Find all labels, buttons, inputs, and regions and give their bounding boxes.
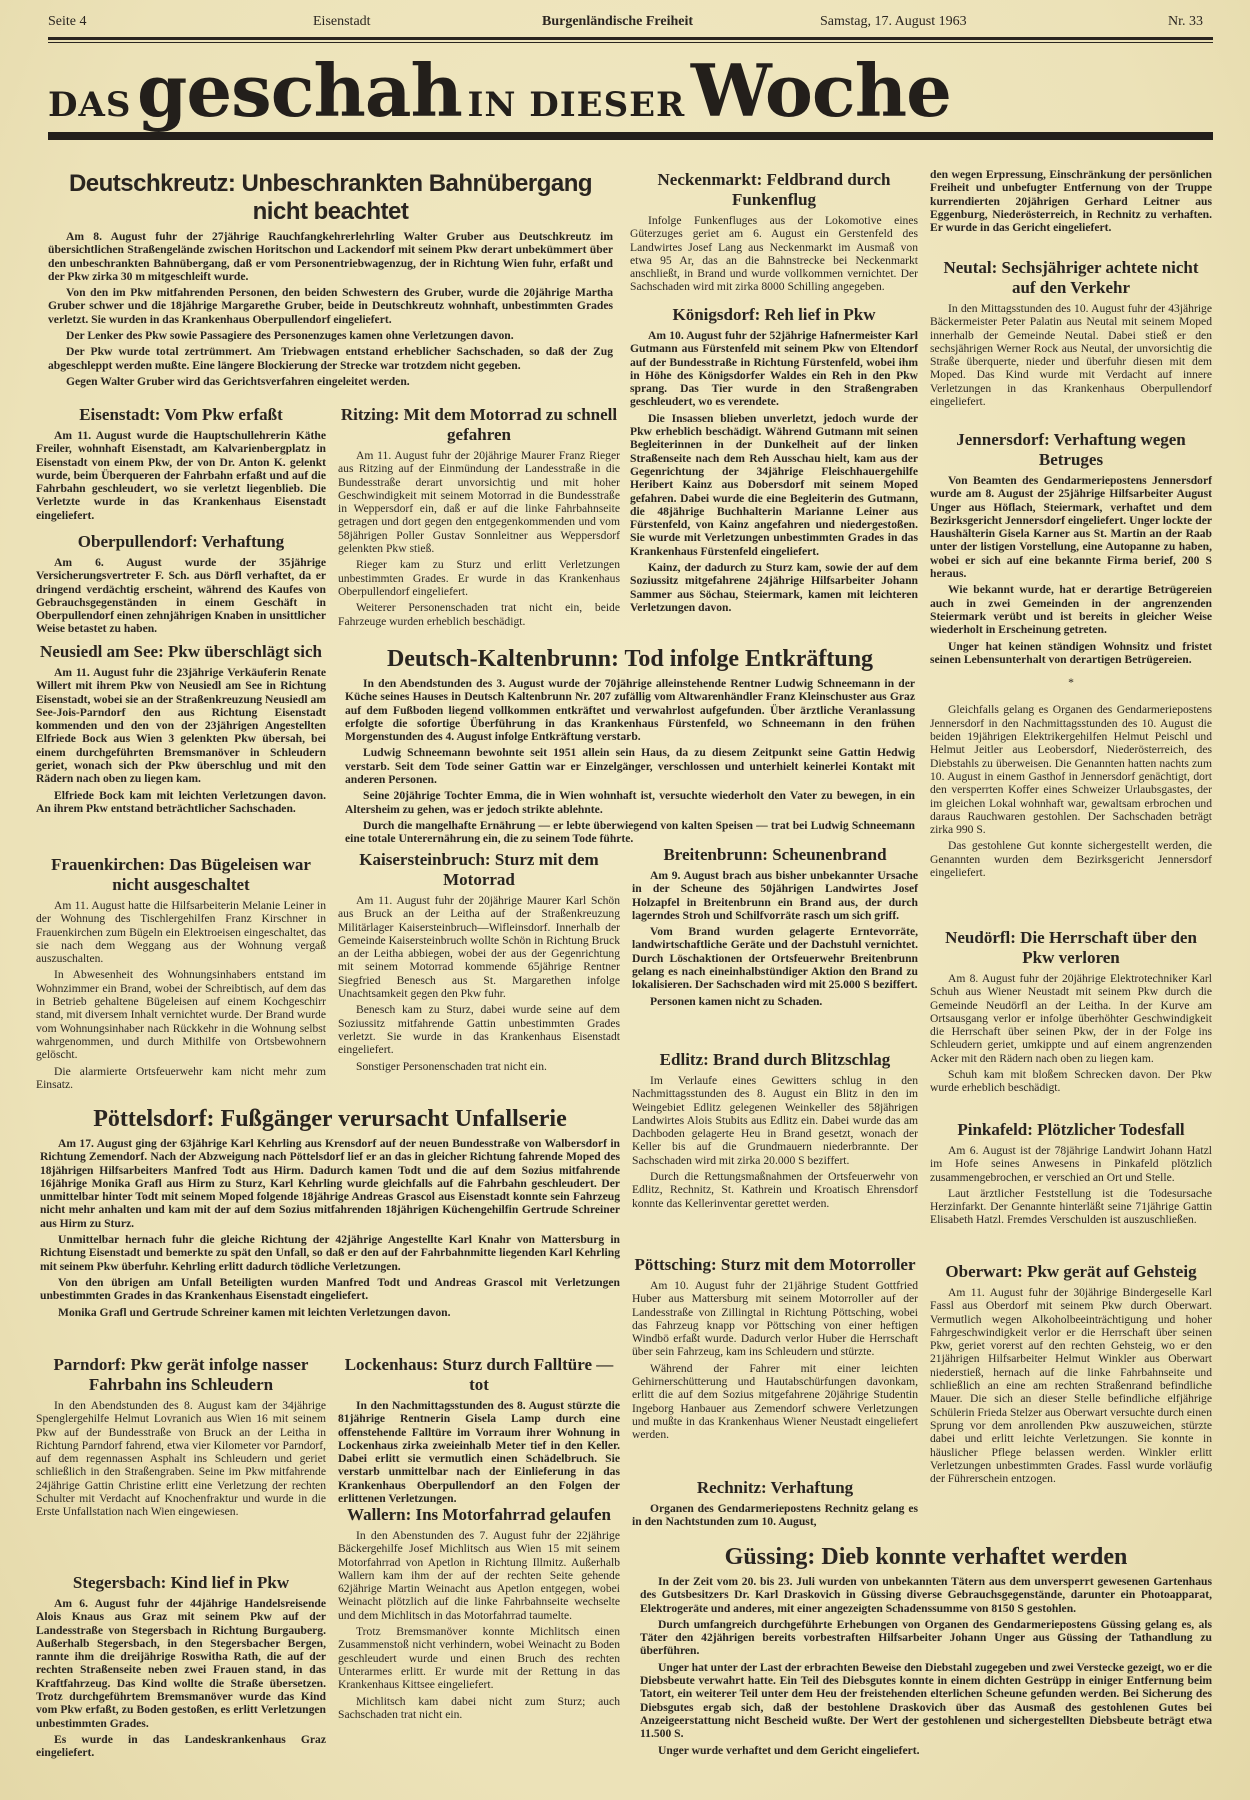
article-neudoerfl: Neudörfl: Die Herrschaft über den Pkw ve…	[930, 928, 1212, 1098]
article-paragraph: Unger hat keinen ständigen Wohnsitz und …	[930, 640, 1212, 667]
article-paragraph: In Abwesenheit des Wohnungsinhabers ents…	[36, 968, 326, 1061]
article-paragraph: Die Insassen blieben unverletzt, jedoch …	[630, 412, 918, 558]
article-wallern: Wallern: Ins Motorfahrrad gelaufen In de…	[338, 1505, 620, 1724]
article-paragraph: Gegen Walter Gruber wird das Gerichtsver…	[48, 375, 613, 388]
article-paragraph: Am 17. August ging der 63jährige Karl Ke…	[40, 1137, 620, 1230]
article-paragraph: Im Verlaufe eines Gewitters schlug in de…	[632, 1074, 918, 1167]
newspaper-name: Burgenländische Freiheit	[542, 14, 693, 30]
article-paragraph: Am 11. August fuhr die 23jährige Verkäuf…	[36, 666, 326, 786]
article-paragraph: Am 6. August fuhr der 44jährige Handelsr…	[36, 1597, 326, 1730]
article-paragraph: Seine 20jährige Tochter Emma, die in Wie…	[345, 789, 915, 816]
article-poettelsdorf: Pöttelsdorf: Fußgänger verursacht Unfall…	[40, 1105, 620, 1322]
article-neckenmarkt: Neckenmarkt: Feldbrand durch Funkenflug …	[630, 170, 918, 297]
masthead-rule	[48, 132, 1213, 140]
article-title: Frauenkirchen: Das Bügeleisen war nicht …	[36, 855, 326, 895]
article-lockenhaus: Lockenhaus: Sturz durch Falltüre — tot I…	[338, 1355, 620, 1508]
article-paragraph: Personen kamen nicht zu Schaden.	[632, 995, 918, 1008]
article-paragraph: Am 10. August fuhr der 52jährige Hafnerm…	[630, 329, 918, 409]
article-paragraph: Am 11. August fuhr der 20jährige Maurer …	[338, 894, 620, 1000]
article-paragraph: In den Abendstunden des 3. August wurde …	[345, 677, 915, 743]
article-paragraph: Am 11. August wurde die Hauptschullehrer…	[36, 429, 326, 522]
article-title: Pöttsching: Sturz mit dem Motorroller	[632, 1255, 918, 1275]
article-edlitz: Edlitz: Brand durch Blitzschlag Im Verla…	[632, 1050, 918, 1213]
article-paragraph: In den Mittagsstunden des 10. August fuh…	[930, 302, 1212, 408]
masthead-word: Woche	[691, 48, 951, 133]
masthead-word: IN DIESER	[467, 85, 685, 125]
masthead-word: geschah	[137, 48, 462, 133]
article-paragraph: Schuh kam mit bloßem Schrecken davon. De…	[930, 1068, 1212, 1095]
article-title: Ritzing: Mit dem Motorrad zu schnell gef…	[338, 405, 620, 445]
article-paragraph: Unger wurde verhaftet und dem Gericht ei…	[640, 1744, 1212, 1757]
article-paragraph: Weiterer Personenschaden trat nicht ein,…	[338, 601, 620, 628]
article-paragraph: Laut ärztlicher Feststellung ist die Tod…	[930, 1187, 1212, 1227]
article-paragraph: Vom Brand wurden gelagerte Erntevorräte,…	[632, 925, 918, 991]
article-oberwart: Oberwart: Pkw gerät auf Gehsteig Am 11. …	[930, 1262, 1212, 1488]
article-paragraph: Kainz, der dadurch zu Sturz kam, sowie d…	[630, 561, 918, 614]
article-paragraph: Am 11. August hatte die Hilfsarbeiterin …	[36, 899, 326, 965]
article-neutal: Neutal: Sechsjähriger achtete nicht auf …	[930, 258, 1212, 411]
article-oberpullendorf: Oberpullendorf: Verhaftung Am 6. August …	[36, 532, 326, 639]
article-paragraph: Am 11. August fuhr der 30jährige Binderg…	[930, 1286, 1212, 1485]
article-title: Eisenstadt: Vom Pkw erfaßt	[36, 405, 326, 425]
article-paragraph: Das gestohlene Gut konnte sichergestellt…	[930, 839, 1212, 879]
article-deutsch-kaltenbrunn: Deutsch-Kaltenbrunn: Tod infolge Entkräf…	[345, 645, 915, 849]
article-paragraph: Unger hat unter der Last der erbrachten …	[640, 1661, 1212, 1741]
article-title: Rechnitz: Verhaftung	[632, 1478, 918, 1498]
article-neusiedl: Neusiedl am See: Pkw überschlägt sich Am…	[36, 642, 326, 818]
article-koenigsdorf: Königsdorf: Reh lief in Pkw Am 10. Augus…	[630, 305, 918, 617]
article-title: Oberwart: Pkw gerät auf Gehsteig	[930, 1262, 1212, 1282]
article-title: Neutal: Sechsjähriger achtete nicht auf …	[930, 258, 1212, 298]
article-paragraph: Trotz Bremsmanöver konnte Michlitsch ein…	[338, 1625, 620, 1691]
article-paragraph: Durch die mangelhafte Ernährung — er leb…	[345, 819, 915, 846]
article-paragraph: Am 8. August fuhr der 27jährige Rauchfan…	[48, 230, 613, 283]
masthead-word: DAS	[48, 85, 131, 125]
article-paragraph: Die alarmierte Ortsfeuerwehr kam nicht m…	[36, 1065, 326, 1092]
article-paragraph: Durch die Rettungsmaßnahmen der Ortsfeue…	[632, 1170, 918, 1210]
article-rechnitz-continued: den wegen Erpressung, Einschränkung der …	[930, 168, 1212, 237]
article-paragraph: Durch umfangreich durchgeführte Erhebung…	[640, 1618, 1212, 1658]
article-paragraph: In den Abendstunden des 8. August kam de…	[36, 1399, 326, 1519]
article-title: Deutsch-Kaltenbrunn: Tod infolge Entkräf…	[345, 645, 915, 673]
article-paragraph: Ludwig Schneemann bewohnte seit 1951 all…	[345, 746, 915, 786]
article-jennersdorf: Jennersdorf: Verhaftung wegen Betruges V…	[930, 430, 1212, 882]
article-deutschkreutz: Deutschkreutz: Unbeschrankten Bahnüberga…	[48, 170, 613, 391]
article-paragraph: Wie bekannt wurde, hat er derartige Betr…	[930, 583, 1212, 636]
article-ritzing: Ritzing: Mit dem Motorrad zu schnell gef…	[338, 405, 620, 631]
page-header: Seite 4 Eisenstadt Burgenländische Freih…	[48, 14, 1213, 34]
article-title: Parndorf: Pkw gerät infolge nasser Fahrb…	[36, 1355, 326, 1395]
article-parndorf: Parndorf: Pkw gerät infolge nasser Fahrb…	[36, 1355, 326, 1522]
article-paragraph: Michlitsch kam dabei nicht zum Sturz; au…	[338, 1695, 620, 1722]
article-title: Pöttelsdorf: Fußgänger verursacht Unfall…	[40, 1105, 620, 1133]
article-frauenkirchen: Frauenkirchen: Das Bügeleisen war nicht …	[36, 855, 326, 1094]
article-kaisersteinbruch: Kaisersteinbruch: Sturz mit dem Motorrad…	[338, 850, 620, 1076]
header-rule-thin	[48, 42, 1213, 43]
article-paragraph: Elfriede Bock kam mit leichten Verletzun…	[36, 789, 326, 816]
article-paragraph: In der Zeit vom 20. bis 23. Juli wurden …	[640, 1575, 1212, 1615]
article-paragraph: den wegen Erpressung, Einschränkung der …	[930, 168, 1212, 234]
article-stegersbach: Stegersbach: Kind lief in Pkw Am 6. Augu…	[36, 1573, 326, 1763]
article-paragraph: Es wurde in das Landeskrankenhaus Graz e…	[36, 1733, 326, 1760]
article-title: Jennersdorf: Verhaftung wegen Betruges	[930, 430, 1212, 470]
article-paragraph: Am 8. August fuhr der 20jährige Elektrot…	[930, 972, 1212, 1065]
article-breitenbrunn: Breitenbrunn: Scheunenbrand Am 9. August…	[632, 845, 918, 1011]
article-title: Neudörfl: Die Herrschaft über den Pkw ve…	[930, 928, 1212, 968]
section-masthead: DAS geschah IN DIESER Woche	[48, 48, 1213, 128]
article-title: Neusiedl am See: Pkw überschlägt sich	[36, 642, 326, 662]
article-paragraph: Monika Grafl und Gertrude Schreiner kame…	[40, 1306, 620, 1319]
article-paragraph: Am 11. August fuhr der 20jährige Maurer …	[338, 449, 620, 555]
article-paragraph: Von den übrigen am Unfall Beteiligten wu…	[40, 1276, 620, 1303]
article-paragraph: In den Abenstunden des 7. August fuhr de…	[338, 1529, 620, 1622]
article-paragraph: Von den im Pkw mitfahrenden Personen, de…	[48, 286, 613, 326]
article-paragraph: Infolge Funkenfluges aus der Lokomotive …	[630, 214, 918, 294]
article-paragraph: Der Pkw wurde total zertrümmert. Am Trie…	[48, 345, 613, 372]
page-number: Seite 4	[48, 14, 87, 30]
article-title: Königsdorf: Reh lief in Pkw	[630, 305, 918, 325]
article-title: Oberpullendorf: Verhaftung	[36, 532, 326, 552]
article-title: Stegersbach: Kind lief in Pkw	[36, 1573, 326, 1593]
article-paragraph: Während der Fahrer mit einer leichten Ge…	[632, 1362, 918, 1442]
issue-date: Samstag, 17. August 1963	[820, 14, 967, 30]
article-paragraph: Organen des Gendarmeriepostens Rechnitz …	[632, 1502, 918, 1529]
article-title: Deutschkreutz: Unbeschrankten Bahnüberga…	[48, 170, 613, 226]
article-paragraph: Am 6. August wurde der 35jährige Versich…	[36, 556, 326, 636]
article-title: Neckenmarkt: Feldbrand durch Funkenflug	[630, 170, 918, 210]
issue-number: Nr. 33	[1168, 14, 1203, 30]
article-paragraph: Sonstiger Personenschaden trat nicht ein…	[338, 1060, 620, 1073]
newspaper-page: Seite 4 Eisenstadt Burgenländische Freih…	[0, 0, 1250, 1800]
article-paragraph: In den Nachmittagsstunden des 8. August …	[338, 1399, 620, 1505]
article-title: Güssing: Dieb konnte verhaftet werden	[640, 1543, 1212, 1571]
article-rechnitz: Rechnitz: Verhaftung Organen des Gendarm…	[632, 1478, 918, 1532]
article-title: Lockenhaus: Sturz durch Falltüre — tot	[338, 1355, 620, 1395]
article-paragraph: Am 9. August brach aus bisher unbekannte…	[632, 869, 918, 922]
article-title: Kaisersteinbruch: Sturz mit dem Motorrad	[338, 850, 620, 890]
article-paragraph: Der Lenker des Pkw sowie Passagiere des …	[48, 329, 613, 342]
article-paragraph: Von Beamten des Gendarmeriepostens Jenne…	[930, 474, 1212, 580]
header-place: Eisenstadt	[313, 14, 371, 30]
article-guessing: Güssing: Dieb konnte verhaftet werden In…	[640, 1543, 1212, 1760]
article-paragraph: Rieger kam zu Sturz und erlitt Verletzun…	[338, 558, 620, 598]
article-title: Breitenbrunn: Scheunenbrand	[632, 845, 918, 865]
article-paragraph: Am 6. August ist der 78jährige Landwirt …	[930, 1144, 1212, 1184]
article-paragraph: Am 10. August fuhr der 21jährige Student…	[632, 1279, 918, 1359]
article-paragraph: Unmittelbar hernach fuhr die gleiche Ric…	[40, 1233, 620, 1273]
article-paragraph: Benesch kam zu Sturz, dabei wurde seine …	[338, 1003, 620, 1056]
article-pinkafeld: Pinkafeld: Plötzlicher Todesfall Am 6. A…	[930, 1120, 1212, 1230]
article-eisenstadt: Eisenstadt: Vom Pkw erfaßt Am 11. August…	[36, 405, 326, 525]
article-poettsching: Pöttsching: Sturz mit dem Motorroller Am…	[632, 1255, 918, 1445]
article-paragraph: Gleichfalls gelang es Organen des Gendar…	[930, 703, 1212, 836]
header-rule	[48, 37, 1213, 40]
article-title: Wallern: Ins Motorfahrrad gelaufen	[338, 1505, 620, 1525]
article-title: Edlitz: Brand durch Blitzschlag	[632, 1050, 918, 1070]
article-title: Pinkafeld: Plötzlicher Todesfall	[930, 1120, 1212, 1140]
separator-asterisk: *	[930, 676, 1212, 689]
